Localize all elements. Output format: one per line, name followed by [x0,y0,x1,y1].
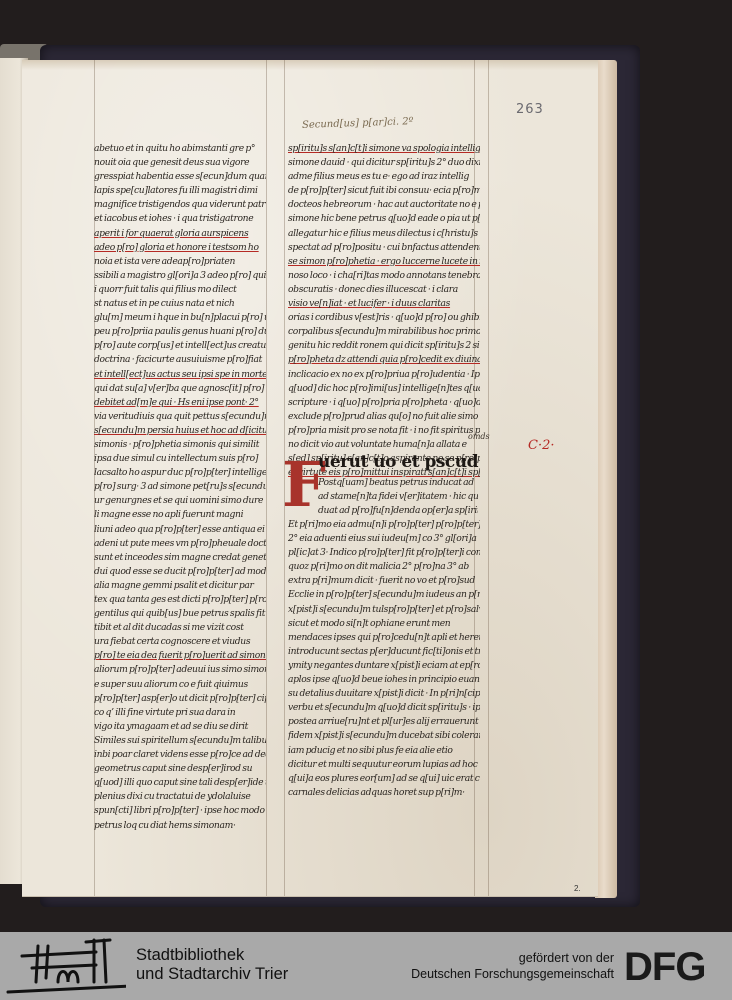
manuscript-line: Ecclie in p[ro]p[ter] s[ecundu]m iudeus … [288,588,480,602]
funding-line-1: gefördert von der [411,950,614,966]
manuscript-line: qui dat su[a] v[er]ba que agnosc[it] p[r… [94,382,266,396]
manuscript-line: ura fiebat certa cognoscere et viudus [94,635,266,649]
manuscript-line: adeni ut pute mees vm p[ro]pheuale doctr… [94,537,266,551]
manuscript-line: simone dauid · qui dicitur sp[iritu]s 2°… [288,156,480,170]
manuscript-line: sunt et inceodes sim magne credat genet [94,551,266,565]
manuscript-line: Similes sui spiritellum s[ecundu]m talib… [94,734,266,748]
text-column-right-initial: Postq[uam] beatus petrus inducat adad st… [318,476,478,518]
manuscript-line: aperit i for quaerat gloria aurspicens [94,227,266,241]
manuscript-line: doctrina · facicurte ausuiuisme p[ro]fia… [94,353,266,367]
institution-name: Stadtbibliothek und Stadtarchiv Trier [136,946,288,984]
manuscript-line: su detalius duuitare x[pist]i dicit · In… [288,687,480,701]
manuscript-line: q[uod] illi quo caput sine tali desp[er]… [94,776,266,790]
manuscript-line: p[ro]p[ter] asp[er]o ut dicit p[ro]p[ter… [94,692,266,706]
ruling-line [266,60,267,896]
folio-number: 263 [516,102,544,117]
manuscript-line: spectat ad p[ro]positu · cui bnfactus at… [288,241,480,255]
manuscript-line: via veritudiuis qua quit pettus s[ecundu… [94,410,266,424]
stadtbibliothek-trier-logo-icon [6,938,126,994]
manuscript-line: fidem x[pist]i s[ecundu]m ducebat sibi c… [288,729,480,743]
manuscript-viewer: Secund[us] p[ar]ci. 2º 263 abetuo et in … [0,0,732,932]
manuscript-line: peu p[ro]priia paulis genus huani p[ro] … [94,325,266,339]
manuscript-line: iam pducig et no sibi plus fe eia alie e… [288,744,480,758]
manuscript-line: tibit et al dit ducadas si me vizit cost [94,621,266,635]
manuscript-line: inclicacio ex no ex p[ro]priua p[ro]uden… [288,368,480,382]
manuscript-line: Postq[uam] beatus petrus inducat ad [318,476,478,490]
manuscript-line: de p[ro]p[ter] sicut fuit ibi consuu· ec… [288,184,480,198]
manuscript-line: p[ro] te eia dea fuerit p[ro]uerit ad si… [94,649,266,663]
manuscript-line: inbi poar claret videns esse p[ro]ce ad … [94,748,266,762]
manuscript-line: gresspiat habentia esse s[ecun]dum quant… [94,170,266,184]
manuscript-line: q[ui]a eos plures eor[um] ad se q[ui] ui… [288,772,480,786]
manuscript-line: p[ro]pheta dz attendi quia p[ro]cedit ex… [288,353,480,367]
manuscript-line: scripture · i q[uo] p[ro]pria p[ro]pheta… [288,396,480,410]
manuscript-line: li magne esse no apli fuerunt magni [94,508,266,522]
manuscript-line: co q’ illi fine virtute pri sua dara in [94,706,266,720]
ruling-line [488,60,489,896]
funding-credit: gefördert von der Deutschen Forschungsge… [411,950,614,982]
manuscript-line: docteos hebreorum · hac aut auctoritate … [288,198,480,212]
manuscript-line: dicitur et multi sequutur eorum lupias a… [288,758,480,772]
signature-mark: 2. [574,884,581,893]
manuscript-line: p[ro] surg· 3 ad simone pet[ru]s s[ecund… [94,480,266,494]
manuscript-line: extra p[ri]mum dicit · fuerit no vo et p… [288,574,480,588]
text-column-right-bottom: Et p[ri]mo eia admu[n]i p[ro]p[ter] p[ro… [288,518,480,800]
manuscript-line: spun[cti] libri p[ro]p[ter] · ipse hoc m… [94,804,266,818]
manuscript-line: orias i cordibus v[est]ris · q[uo]d p[ro… [288,311,480,325]
manuscript-line: obscuratis · donec dies illucescat · i c… [288,283,480,297]
manuscript-line: aliorum p[ro]p[ter] adeuui ius simo simo… [94,663,266,677]
manuscript-line: nouit oia que genesit deus sua vigore [94,156,266,170]
manuscript-line: ur genurgnes et se qui uomini simo dure [94,494,266,508]
manuscript-line: pl[ic]at 3· Indico p[ro]p[ter] fit p[ro]… [288,546,480,560]
manuscript-line: ad stame[n]ta fidei v[er]itatem · hic qu… [318,490,478,504]
manuscript-line: p[ro]pria misit pro se nota fit · i no f… [288,424,480,438]
manuscript-line: duat ad p[ro]fu[n]denda op[er]a sp[iritu… [318,504,478,518]
manuscript-line: abetuo et in quitu ho abimstanti gre p° [94,142,266,156]
manuscript-line: petrus loq cu diat hems simonam· [94,819,266,833]
manuscript-line: ssibili a magistro gl[ori]a 3 adeo p[ro]… [94,269,266,283]
manuscript-line: plenius dixi cu tractatui de ydolaluise [94,790,266,804]
incipit-heading: uerut uo et pscud [318,452,478,472]
manuscript-line: x[pist]i s[ecundu]m tulsp[ro]p[ter] et p… [288,603,480,617]
manuscript-line: et iacobus et iohes · i qua tristigatron… [94,212,266,226]
manuscript-line: adme filius meus es tu e· ego ad iraz in… [288,170,480,184]
footer-bar: Stadtbibliothek und Stadtarchiv Trier ge… [0,932,732,1000]
manuscript-line: Et p[ri]mo eia admu[n]i p[ro]p[ter] p[ro… [288,518,480,532]
manuscript-line: sicut et modo si[n]t ophiane erunt men [288,617,480,631]
manuscript-line: st natus et in pe cuius nata et nich [94,297,266,311]
institution-line-2: und Stadtarchiv Trier [136,965,288,984]
manuscript-line: simone hic bene petrus q[uo]d eade o pia… [288,212,480,226]
manuscript-line: corpalibus s[ecundu]m mirabilibus hoc pr… [288,325,480,339]
funding-line-2: Deutschen Forschungsgemeinschaft [411,966,614,982]
manuscript-line: liuni adeo qua p[ro]p[ter] esse antiqua … [94,523,266,537]
manuscript-line: introducunt sectas p[er]ducunt fic[ti]on… [288,645,480,659]
manuscript-line: verbu et s[ecundu]m q[uo]d dicit sp[irit… [288,701,480,715]
manuscript-line: tex qua tanta ges est dicti p[ro]p[ter] … [94,593,266,607]
text-column-right: sp[iritu]s s[an]c[t]i simone va spologia… [288,142,480,480]
manuscript-line: q[uod] dic hoc p[ro]imi[us] intellige[n]… [288,382,480,396]
manuscript-line: glu[m] meum i hque in bu[n]placui p[ro] … [94,311,266,325]
manuscript-line: allegatur hic e filius meus dilectus i c… [288,227,480,241]
manuscript-line: se simon p[ro]phetia · ergo luccerne luc… [288,255,480,269]
manuscript-line: vigo ita ymagaam et ad se diu se dirit [94,720,266,734]
manuscript-line: quoz p[ri]mo on dit malicia 2° p[ro]na 3… [288,560,480,574]
manuscript-line: alia magne gemmi psalit et dicitur par [94,579,266,593]
manuscript-line: postea arriue[ru]nt et pl[ur]es alij err… [288,715,480,729]
manuscript-line: noso loco · i cha[ri]tas modo annotans t… [288,269,480,283]
manuscript-line: adeo p[ro] gloria et honore i testsom ho [94,241,266,255]
manuscript-line: lacsalto ho aspur duc p[ro]p[ter] intell… [94,466,266,480]
manuscript-line: dui quod esse se ducit p[ro]p[ter] ad mo… [94,565,266,579]
manuscript-line: noia et ista vere adeap[ro]priaten [94,255,266,269]
manuscript-line: exclude p[ro]prud alias qu[o] no fuit al… [288,410,480,424]
manuscript-line: simonis · p[ro]phetia simonis qui simili… [94,438,266,452]
manuscript-line: genitu hic reddit ronem qui dicit sp[iri… [288,339,480,353]
manuscript-line: geometrus caput sine desp[er]irod su [94,762,266,776]
manuscript-line: ymity negantes duntare x[pist]i eciam at… [288,659,480,673]
manuscript-line: lapis spe[cu]latores fu illi magistri di… [94,184,266,198]
manuscript-line: e super suu aliorum co e fuit qiuimus [94,678,266,692]
text-column-left: abetuo et in quitu ho abimstanti gre p°n… [94,142,266,833]
manuscript-line: sp[iritu]s s[an]c[t]i simone va spologia… [288,142,480,156]
manuscript-line: ipsa due simul cu intellectum suis p[ro] [94,452,266,466]
manuscript-line: debitet ad[m]e qui · Hs eni ipse pont· 2… [94,396,266,410]
manuscript-line: mendaces ipses qui p[ro]cedu[n]t apli et… [288,631,480,645]
manuscript-line: aplos ipse q[uo]d beue iohes in principi… [288,673,480,687]
manuscript-line: carnales delicias adquas horet sup p[ri]… [288,786,480,800]
manuscript-line: magnifice tristigendos qua viderunt patr [94,198,266,212]
manuscript-line: et intell[ect]us actus seu ipsi spe in m… [94,368,266,382]
manuscript-line: s[ecundu]m persia huius et hoc ad d[icit… [94,424,266,438]
manuscript-line: p[ro] aute corp[us] et intell[ect]us cre… [94,339,266,353]
chapter-rubric: C·2· [528,438,554,453]
manuscript-line: 2° eia aduenti eius sui iudeu[m] co 3° g… [288,532,480,546]
dfg-logo: DFG [624,946,728,988]
decorated-initial: F [282,452,316,522]
page-stack-edge [595,60,617,898]
marginal-note: omds [468,432,490,441]
manuscript-line: i quorr fuit talis qui filius mo dilect [94,283,266,297]
manuscript-line: gentilus qui quib[us] bue petrus spalis … [94,607,266,621]
institution-line-1: Stadtbibliothek [136,946,288,965]
manuscript-line: visio ve[n]iat · et lucifer · i duus cla… [288,297,480,311]
